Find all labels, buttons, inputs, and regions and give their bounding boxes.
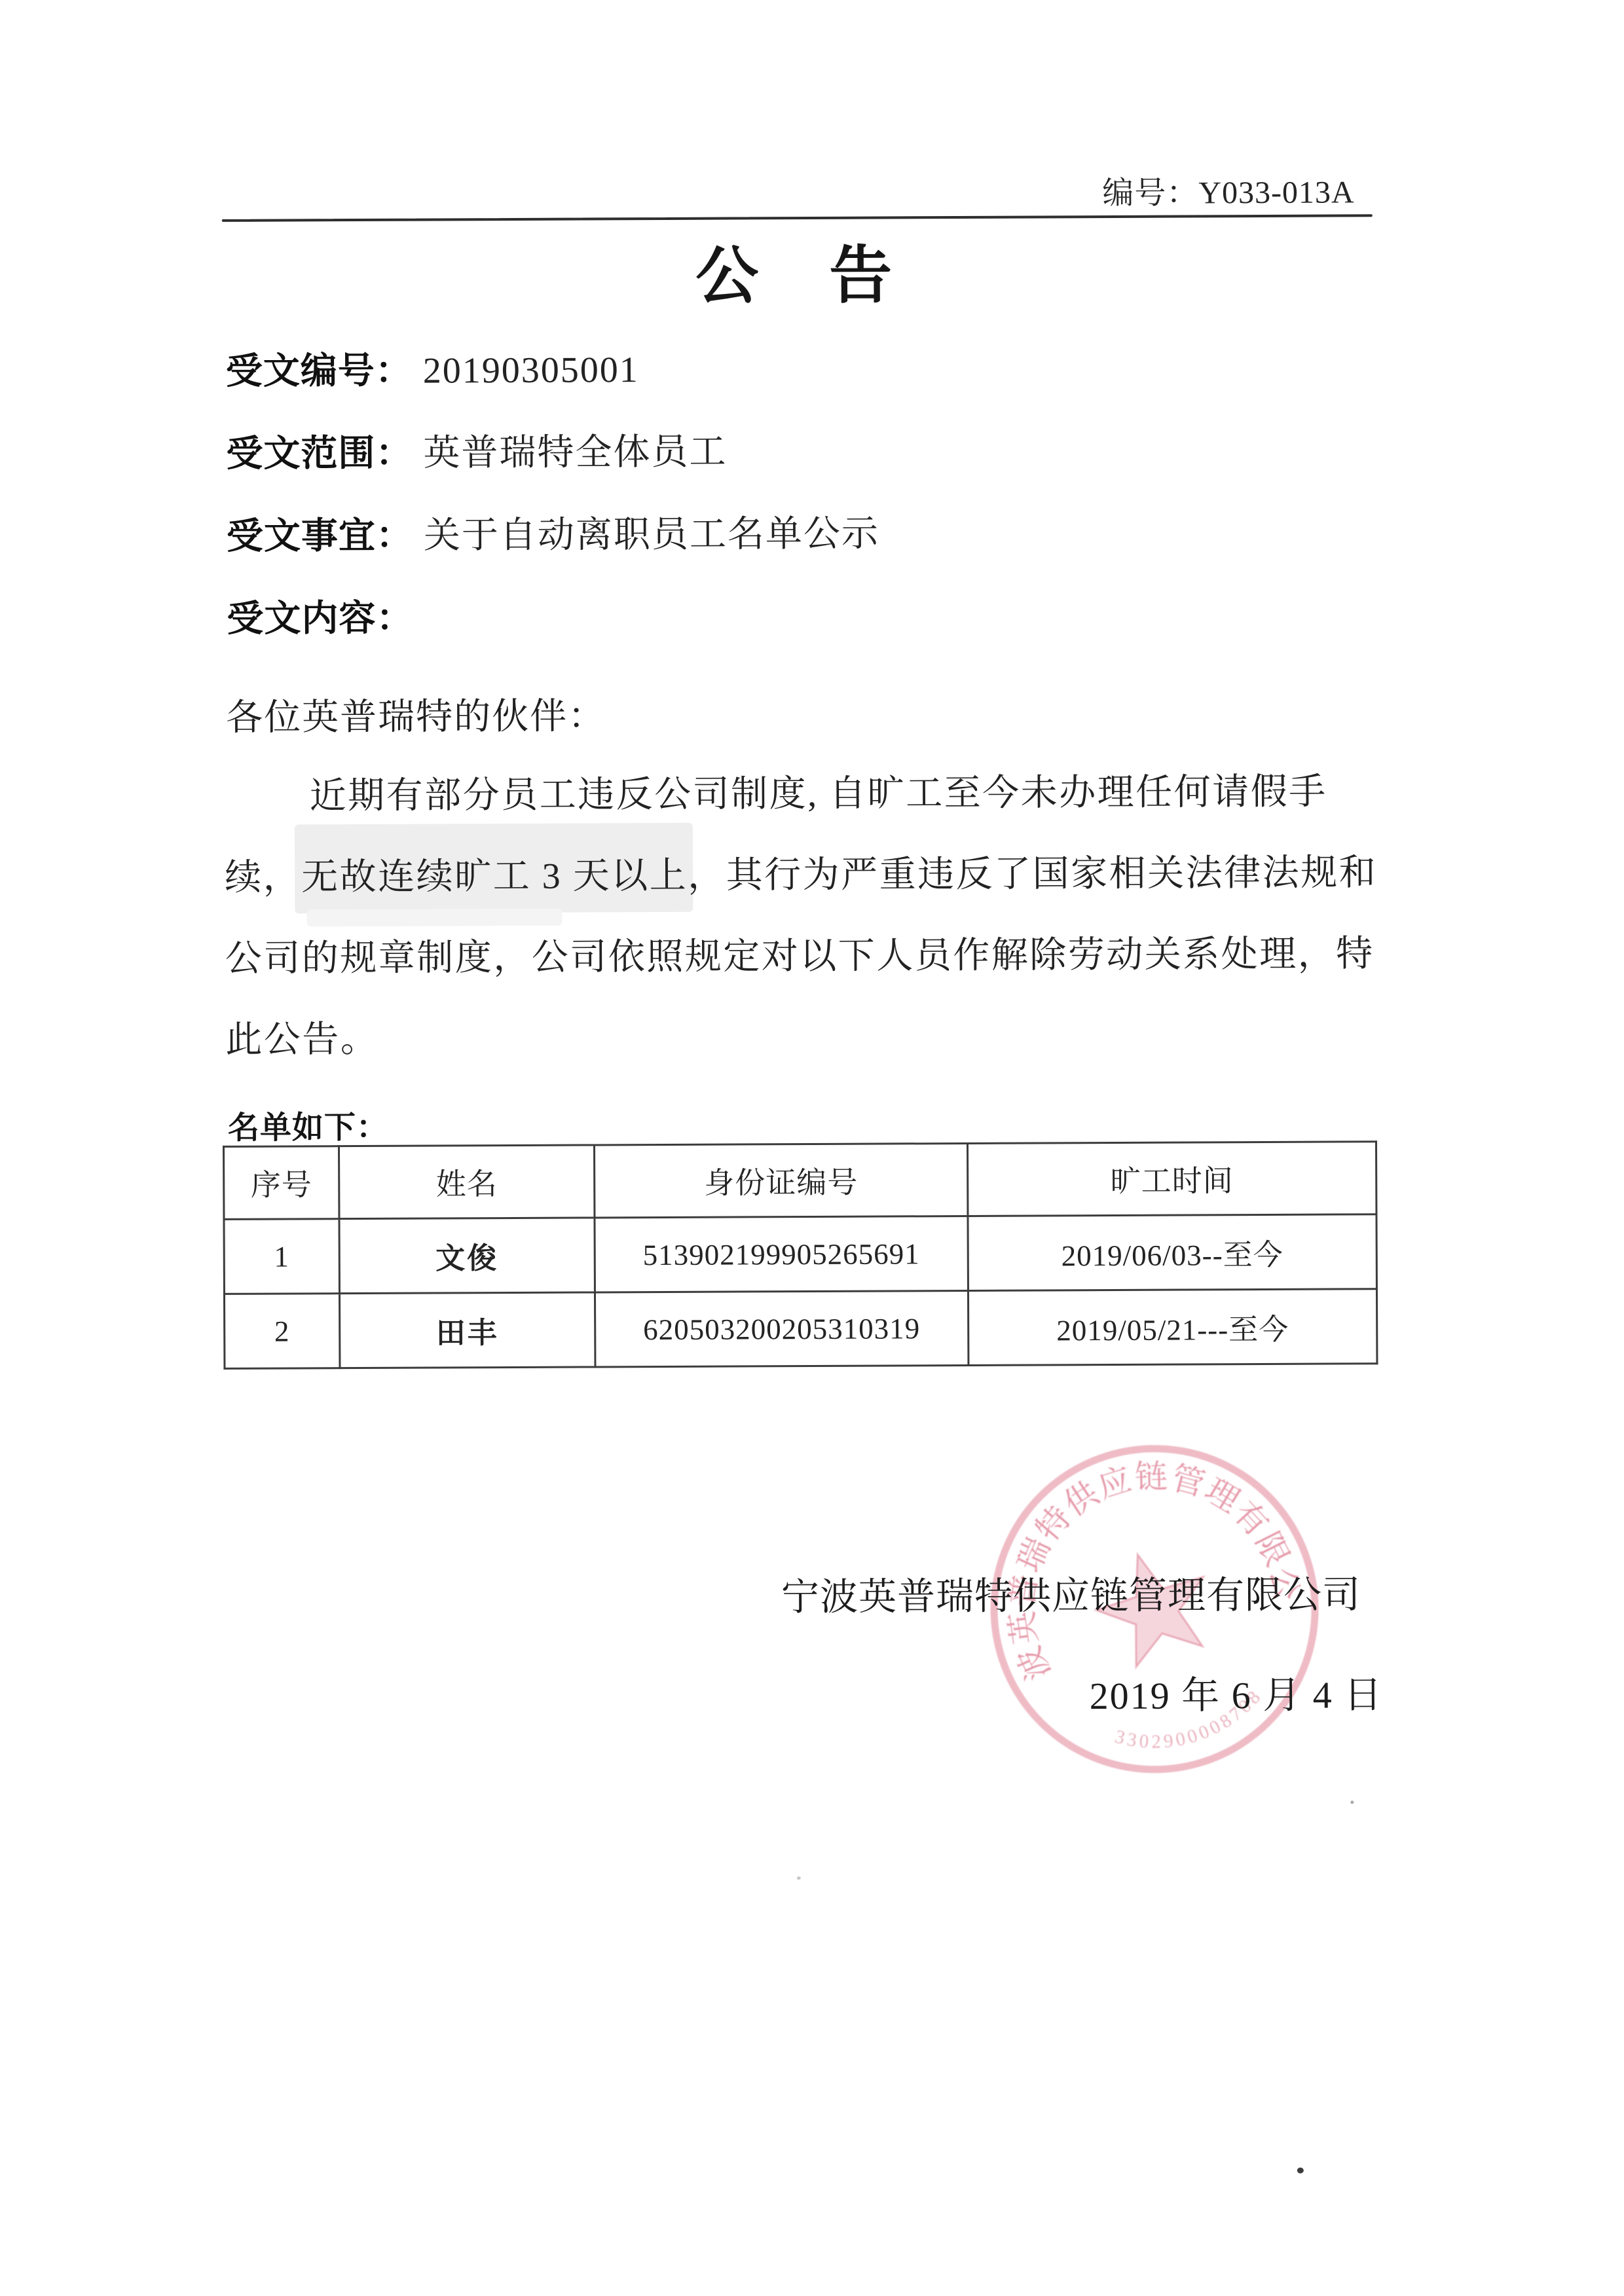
field-doc-id: 受文编号：20190305001: [226, 340, 639, 395]
doc-number: 编号：Y033-013A: [1102, 166, 1355, 213]
list-intro: 名单如下：: [228, 1102, 388, 1148]
document-content: 编号：Y033-013A 公 告 受文编号：20190305001 受文范围：英…: [0, 0, 1624, 2296]
cell-index: 2: [224, 1294, 339, 1369]
scan-speck: [1350, 1800, 1354, 1804]
scan-speck: [797, 1876, 801, 1880]
cell-id-number: 620503200205310319: [595, 1290, 968, 1366]
field-content-label: 受文内容：: [227, 598, 413, 640]
field-content: 受文内容：: [227, 589, 424, 642]
signature-company: 宁波英普瑞特供应链管理有限公司: [781, 1563, 1361, 1621]
body-line-2: 续，无故连续旷工 3 天以上，其行为严重违反了国家相关法律法规和: [225, 851, 1400, 900]
cell-index: 1: [224, 1219, 339, 1294]
table-row: 1 文俊 513902199905265691 2019/06/03--至今: [224, 1214, 1376, 1294]
field-subject-value: 关于自动离职员工名单公示: [424, 514, 879, 556]
table-header-row: 序号 姓名 身份证编号 旷工时间: [223, 1142, 1376, 1220]
table-row: 2 田丰 620503200205310319 2019/05/21---至今: [224, 1289, 1376, 1369]
field-subject: 受文事宜：关于自动离职员工名单公示: [227, 505, 879, 560]
dismissal-table-grid: 序号 姓名 身份证编号 旷工时间 1 文俊 513902199905265691…: [223, 1140, 1378, 1370]
col-header-id-number: 身份证编号: [594, 1143, 967, 1217]
scan-smudge-2: [306, 909, 562, 927]
salutation: 各位英普瑞特的伙伴：: [226, 687, 606, 741]
cell-absence-period: 2019/06/03--至今: [968, 1214, 1376, 1291]
cell-name: 文俊: [339, 1218, 595, 1294]
col-header-absence-period: 旷工时间: [967, 1142, 1376, 1216]
doc-number-value: Y033-013A: [1198, 175, 1355, 210]
field-subject-label: 受文事宜：: [227, 516, 413, 557]
field-scope-label: 受文范围：: [226, 433, 413, 475]
scan-speck: [1297, 2168, 1304, 2174]
cell-name: 田丰: [339, 1292, 595, 1368]
body-line-1: 近期有部分员工违反公司制度, 自旷工至今未办理任何请假手: [225, 770, 1400, 819]
field-doc-id-value: 20190305001: [423, 350, 639, 391]
body-line-3: 公司的规章制度，公司依照规定对以下人员作解除劳动关系处理，特: [225, 932, 1401, 981]
body-line-4: 此公告。: [225, 1013, 1401, 1063]
signature-date: 2019 年 6 月 4 日: [1089, 1664, 1383, 1720]
cell-id-number: 513902199905265691: [595, 1216, 968, 1292]
col-header-index: 序号: [223, 1146, 339, 1220]
col-header-name: 姓名: [339, 1145, 594, 1219]
scanned-announcement-page: 编号：Y033-013A 公 告 受文编号：20190305001 受文范围：英…: [0, 0, 1624, 2296]
page-title: 公 告: [0, 240, 1595, 313]
doc-number-label: 编号：: [1102, 175, 1198, 211]
cell-absence-period: 2019/05/21---至今: [968, 1289, 1376, 1366]
field-doc-id-label: 受文编号：: [226, 351, 413, 392]
field-scope: 受文范围：英普瑞特全体员工: [226, 423, 727, 477]
dismissal-table: 序号 姓名 身份证编号 旷工时间 1 文俊 513902199905265691…: [223, 1140, 1378, 1370]
header-divider-line: [222, 214, 1373, 222]
field-scope-value: 英普瑞特全体员工: [423, 432, 727, 474]
